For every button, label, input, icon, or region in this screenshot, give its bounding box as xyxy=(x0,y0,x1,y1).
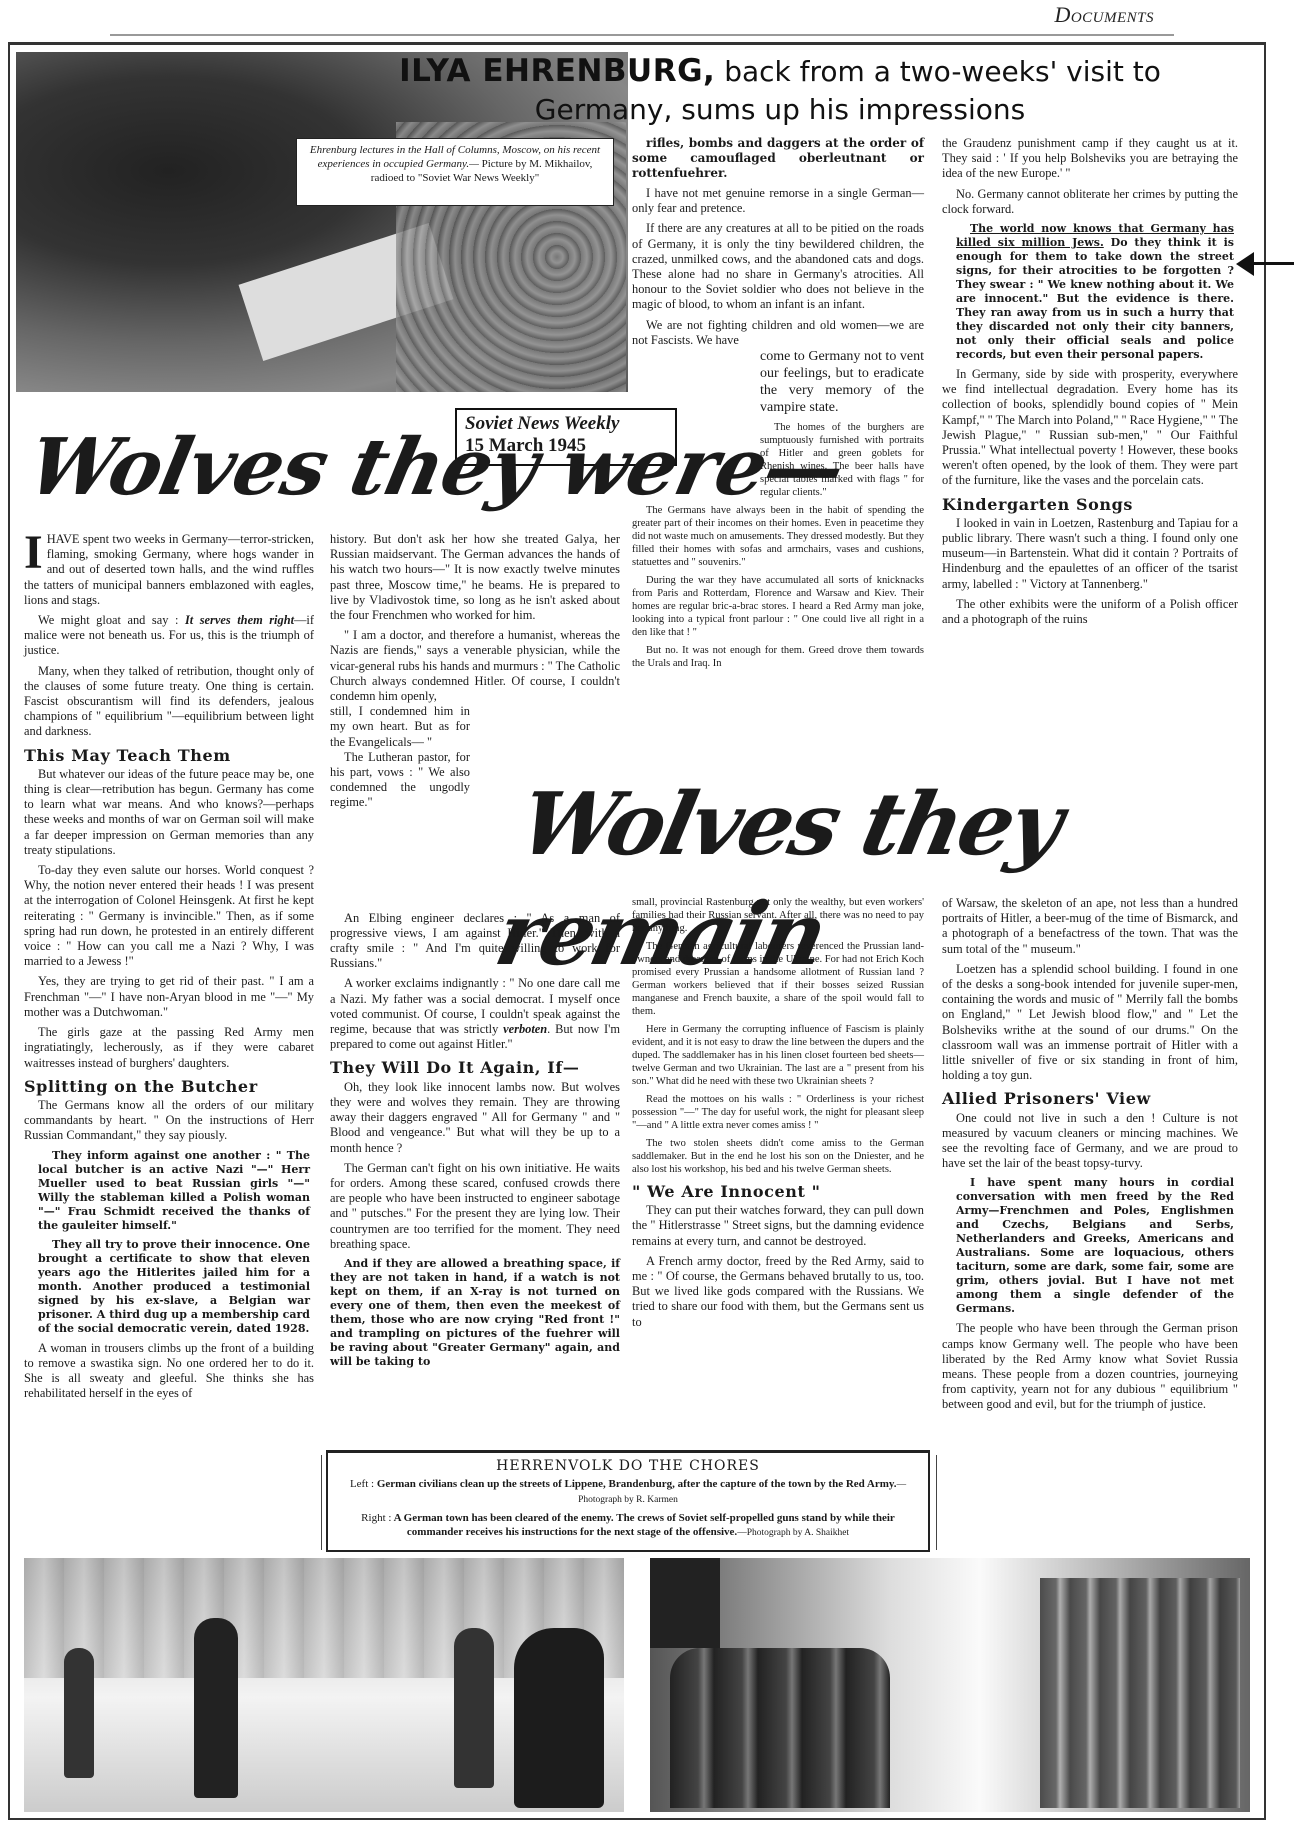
paragraph: of Warsaw, the skeleton of an ape, not l… xyxy=(942,896,1238,957)
paragraph: Oh, they look like innocent lambs now. B… xyxy=(330,1080,620,1156)
paragraph: " I am a doctor, and therefore a humanis… xyxy=(330,628,620,704)
column-3-lower: small, provincial Rastenburg not only th… xyxy=(632,896,924,1335)
paragraph: We are not fighting children and old wom… xyxy=(632,318,924,348)
chores-left-caption: Left : German civilians clean up the str… xyxy=(342,1477,914,1507)
paragraph: We might gloat and say : It serves them … xyxy=(24,613,314,659)
paragraph: No. Germany cannot obliterate her crimes… xyxy=(942,187,1238,217)
paragraph: Yes, they are trying to get rid of their… xyxy=(24,974,314,1020)
paragraph: The Germans have always been in the habi… xyxy=(632,504,924,569)
left-arrow-icon xyxy=(1236,250,1294,278)
paragraph: history. But don't ask her how she treat… xyxy=(330,532,620,623)
paragraph: HAVE spent two weeks in Germany—terror-s… xyxy=(24,532,314,607)
subheading: Splitting on the Butcher xyxy=(24,1079,314,1094)
headline-line2: Germany, sums up his impressions xyxy=(535,93,1025,126)
paragraph: An Elbing engineer declares : " As a man… xyxy=(330,911,620,972)
column-1: IHAVE spent two weeks in Germany—terror-… xyxy=(24,532,314,1406)
headline-name: ILYA EHRENBURG, xyxy=(399,53,715,89)
subheading: They Will Do It Again, If— xyxy=(330,1060,620,1075)
paragraph: To-day they even salute our horses. Worl… xyxy=(24,863,314,969)
paragraph: A French army doctor, freed by the Red A… xyxy=(632,1254,924,1330)
column-divider xyxy=(936,1455,937,1550)
paragraph: The Germans know all the orders of our m… xyxy=(24,1098,314,1144)
paragraph: The homes of the burghers are sumptuousl… xyxy=(760,421,924,499)
section-label: Documents xyxy=(1054,2,1154,28)
paragraph: small, provincial Rastenburg not only th… xyxy=(632,896,924,935)
paragraph-bold: They all try to prove their innocence. O… xyxy=(38,1238,310,1336)
paragraph: I looked in vain in Loetzen, Rastenburg … xyxy=(942,516,1238,592)
subheading: Kindergarten Songs xyxy=(942,497,1238,512)
dropcap: I xyxy=(24,534,43,572)
subheading: Allied Prisoners' View xyxy=(942,1091,1238,1106)
paragraph: I have not met genuine remorse in a sing… xyxy=(632,186,924,216)
paragraph: The girls gaze at the passing Red Army m… xyxy=(24,1025,314,1071)
paragraph: In Germany, side by side with prosperity… xyxy=(942,367,1238,489)
highlighted-paragraph: The world now knows that Germany has kil… xyxy=(956,222,1234,362)
subheading: This May Teach Them xyxy=(24,748,314,763)
paragraph: The people who have been through the Ger… xyxy=(942,1321,1238,1412)
chores-title: HERRENVOLK DO THE CHORES xyxy=(342,1459,914,1473)
paragraph: A worker exclaims indignantly : " No one… xyxy=(330,976,620,1052)
paragraph: But no. It was not enough for them. Gree… xyxy=(632,644,924,670)
paragraph: The German can't fight on his own initia… xyxy=(330,1161,620,1252)
photo-civilians-cleaning-street xyxy=(24,1558,624,1812)
chores-right-caption: Right : A German town has been cleared o… xyxy=(342,1511,914,1540)
paragraph: Read the mottoes on his walls : " Orderl… xyxy=(632,1093,924,1132)
paragraph: Loetzen has a splendid school building. … xyxy=(942,962,1238,1084)
paragraph-bold: They inform against one another : " The … xyxy=(38,1149,310,1233)
headline-line1: back from a two-weeks' visit to xyxy=(724,55,1161,88)
column-divider xyxy=(321,1455,322,1550)
chores-caption-box: HERRENVOLK DO THE CHORES Left : German c… xyxy=(326,1450,930,1552)
subheading: " We Are Innocent " xyxy=(632,1184,924,1199)
header-rule xyxy=(110,34,1174,36)
column-3: rifles, bombs and daggers at the order o… xyxy=(632,136,924,675)
photo-caption: Ehrenburg lectures in the Hall of Column… xyxy=(296,138,614,206)
paragraph: The German agricultural labourers revere… xyxy=(632,940,924,1018)
paragraph: still, I condemned him in my own heart. … xyxy=(330,704,470,750)
photo-soviet-gun-crews xyxy=(650,1558,1250,1812)
paragraph: A woman in trousers climbs up the front … xyxy=(24,1341,314,1402)
paragraph: But whatever our ideas of the future pea… xyxy=(24,767,314,858)
headline: ILYA EHRENBURG, back from a two-weeks' v… xyxy=(300,52,1260,129)
column-2: history. But don't ask her how she treat… xyxy=(330,532,620,1374)
frame-top-rule xyxy=(8,42,1266,45)
paragraph: The other exhibits were the uniform of a… xyxy=(942,597,1238,627)
paragraph: Many, when they talked of retribution, t… xyxy=(24,664,314,740)
paragraph: come to Germany not to vent our feelings… xyxy=(760,348,924,416)
paragraph-bold: rifles, bombs and daggers at the order o… xyxy=(632,136,924,181)
paragraph: If there are any creatures at all to be … xyxy=(632,221,924,312)
paragraph: Here in Germany the corrupting influence… xyxy=(632,1023,924,1088)
paragraph: The Lutheran pastor, for his part, vows … xyxy=(330,750,470,811)
column-4-lower: of Warsaw, the skeleton of an ape, not l… xyxy=(942,896,1238,1418)
paragraph-bold: And if they are allowed a breathing spac… xyxy=(330,1257,620,1369)
paragraph: the Graudenz punishment camp if they cau… xyxy=(942,136,1238,182)
paragraph: During the war they have accumulated all… xyxy=(632,574,924,639)
paragraph: One could not live in such a den ! Cultu… xyxy=(942,1111,1238,1172)
column-4: the Graudenz punishment camp if they cau… xyxy=(942,136,1238,632)
paragraph: They can put their watches forward, they… xyxy=(632,1203,924,1249)
paragraph: The two stolen sheets didn't come amiss … xyxy=(632,1137,924,1176)
paragraph-bold: I have spent many hours in cordial conve… xyxy=(956,1176,1234,1316)
